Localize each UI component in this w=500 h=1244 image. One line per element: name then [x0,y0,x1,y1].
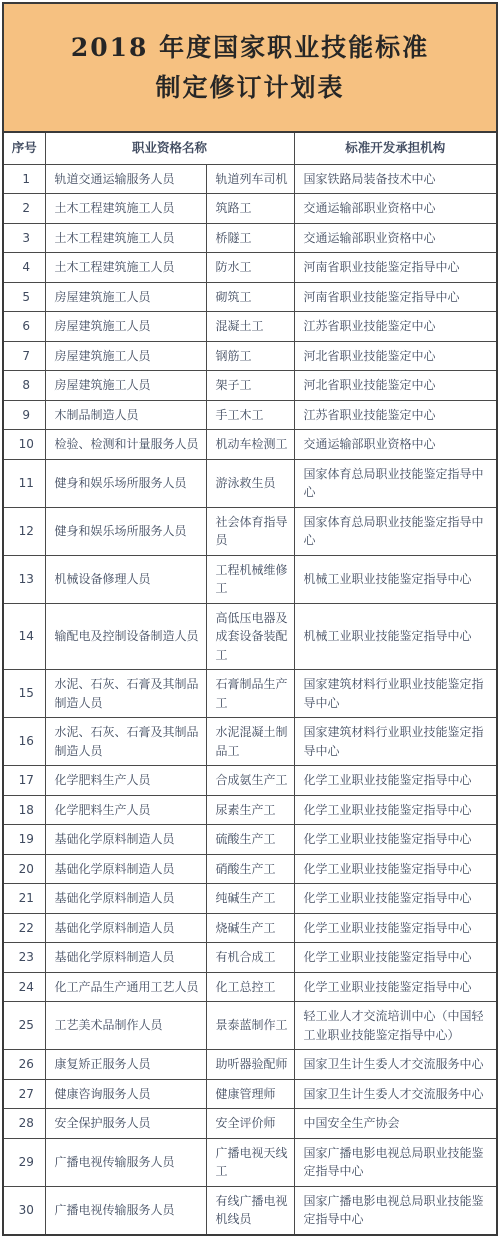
cell-row-number: 6 [3,312,45,342]
cell-occupation-name: 轨道列车司机 [206,164,294,194]
cell-standard-agency: 国家铁路局装备技术中心 [294,164,497,194]
cell-qualification-category: 基础化学原料制造人员 [45,943,206,973]
cell-row-number: 22 [3,913,45,943]
cell-qualification-category: 工艺美术品制作人员 [45,1002,206,1050]
cell-row-number: 3 [3,223,45,253]
table-row: 2土木工程建筑施工人员筑路工交通运输部职业资格中心 [3,194,497,224]
cell-qualification-category: 广播电视传输服务人员 [45,1186,206,1235]
cell-occupation-name: 高低压电器及成套设备装配工 [206,603,294,670]
cell-occupation-name: 景泰蓝制作工 [206,1002,294,1050]
cell-occupation-name: 化工总控工 [206,972,294,1002]
cell-occupation-name: 助听器验配师 [206,1050,294,1080]
cell-standard-agency: 化学工业职业技能鉴定指导中心 [294,972,497,1002]
cell-standard-agency: 河北省职业技能鉴定中心 [294,371,497,401]
cell-row-number: 30 [3,1186,45,1235]
cell-row-number: 11 [3,459,45,507]
cell-qualification-category: 基础化学原料制造人员 [45,913,206,943]
cell-qualification-category: 输配电及控制设备制造人员 [45,603,206,670]
column-header-no: 序号 [3,132,45,164]
table-row: 11健身和娱乐场所服务人员游泳救生员国家体育总局职业技能鉴定指导中心 [3,459,497,507]
cell-standard-agency: 国家建筑材料行业职业技能鉴定指导中心 [294,670,497,718]
cell-occupation-name: 安全评价师 [206,1109,294,1139]
cell-occupation-name: 水泥混凝土制品工 [206,718,294,766]
cell-occupation-name: 架子工 [206,371,294,401]
cell-qualification-category: 化工产品生产通用工艺人员 [45,972,206,1002]
table-header-row: 序号 职业资格名称 标准开发承担机构 [3,132,497,164]
cell-qualification-category: 化学肥料生产人员 [45,766,206,796]
table-row: 21基础化学原料制造人员纯碱生产工化学工业职业技能鉴定指导中心 [3,884,497,914]
cell-standard-agency: 化学工业职业技能鉴定指导中心 [294,854,497,884]
table-row: 30广播电视传输服务人员有线广播电视机线员国家广播电影电视总局职业技能鉴定指导中… [3,1186,497,1235]
cell-row-number: 25 [3,1002,45,1050]
plan-table: 序号 职业资格名称 标准开发承担机构 1轨道交通运输服务人员轨道列车司机国家铁路… [2,131,498,1236]
cell-qualification-category: 房屋建筑施工人员 [45,341,206,371]
cell-row-number: 28 [3,1109,45,1139]
cell-qualification-category: 房屋建筑施工人员 [45,312,206,342]
cell-qualification-category: 机械设备修理人员 [45,555,206,603]
cell-standard-agency: 国家体育总局职业技能鉴定指导中心 [294,459,497,507]
cell-qualification-category: 土木工程建筑施工人员 [45,253,206,283]
cell-occupation-name: 钢筋工 [206,341,294,371]
cell-occupation-name: 防水工 [206,253,294,283]
cell-row-number: 12 [3,507,45,555]
table-row: 23基础化学原料制造人员有机合成工化学工业职业技能鉴定指导中心 [3,943,497,973]
cell-row-number: 16 [3,718,45,766]
cell-standard-agency: 轻工业人才交流培训中心（中国轻工业职业技能鉴定指导中心） [294,1002,497,1050]
table-row: 14输配电及控制设备制造人员高低压电器及成套设备装配工机械工业职业技能鉴定指导中… [3,603,497,670]
cell-row-number: 13 [3,555,45,603]
column-header-agency: 标准开发承担机构 [294,132,497,164]
cell-row-number: 14 [3,603,45,670]
cell-qualification-category: 土木工程建筑施工人员 [45,223,206,253]
cell-row-number: 2 [3,194,45,224]
cell-qualification-category: 基础化学原料制造人员 [45,884,206,914]
table-row: 24化工产品生产通用工艺人员化工总控工化学工业职业技能鉴定指导中心 [3,972,497,1002]
table-row: 9木制品制造人员手工木工江苏省职业技能鉴定中心 [3,400,497,430]
cell-occupation-name: 社会体育指导员 [206,507,294,555]
cell-occupation-name: 游泳救生员 [206,459,294,507]
cell-row-number: 4 [3,253,45,283]
table-body: 1轨道交通运输服务人员轨道列车司机国家铁路局装备技术中心2土木工程建筑施工人员筑… [3,164,497,1235]
cell-occupation-name: 硫酸生产工 [206,825,294,855]
cell-standard-agency: 机械工业职业技能鉴定指导中心 [294,555,497,603]
cell-standard-agency: 国家体育总局职业技能鉴定指导中心 [294,507,497,555]
table-row: 3土木工程建筑施工人员桥隧工交通运输部职业资格中心 [3,223,497,253]
cell-standard-agency: 江苏省职业技能鉴定中心 [294,312,497,342]
cell-standard-agency: 化学工业职业技能鉴定指导中心 [294,913,497,943]
title-banner: 2018 年度国家职业技能标准 制定修订计划表 [2,2,498,131]
table-row: 4土木工程建筑施工人员防水工河南省职业技能鉴定指导中心 [3,253,497,283]
cell-standard-agency: 河北省职业技能鉴定中心 [294,341,497,371]
cell-row-number: 23 [3,943,45,973]
table-row: 8房屋建筑施工人员架子工河北省职业技能鉴定中心 [3,371,497,401]
table-row: 19基础化学原料制造人员硫酸生产工化学工业职业技能鉴定指导中心 [3,825,497,855]
table-row: 22基础化学原料制造人员烧碱生产工化学工业职业技能鉴定指导中心 [3,913,497,943]
cell-standard-agency: 河南省职业技能鉴定指导中心 [294,253,497,283]
table-row: 28安全保护服务人员安全评价师中国安全生产协会 [3,1109,497,1139]
table-row: 7房屋建筑施工人员钢筋工河北省职业技能鉴定中心 [3,341,497,371]
table-row: 20基础化学原料制造人员硝酸生产工化学工业职业技能鉴定指导中心 [3,854,497,884]
cell-occupation-name: 手工木工 [206,400,294,430]
cell-occupation-name: 健康管理师 [206,1079,294,1109]
cell-occupation-name: 筑路工 [206,194,294,224]
cell-qualification-category: 化学肥料生产人员 [45,795,206,825]
cell-row-number: 15 [3,670,45,718]
cell-occupation-name: 有机合成工 [206,943,294,973]
table-row: 1轨道交通运输服务人员轨道列车司机国家铁路局装备技术中心 [3,164,497,194]
cell-occupation-name: 广播电视天线工 [206,1138,294,1186]
cell-occupation-name: 烧碱生产工 [206,913,294,943]
cell-standard-agency: 国家建筑材料行业职业技能鉴定指导中心 [294,718,497,766]
cell-occupation-name: 机动车检测工 [206,430,294,460]
table-row: 12健身和娱乐场所服务人员社会体育指导员国家体育总局职业技能鉴定指导中心 [3,507,497,555]
table-row: 25工艺美术品制作人员景泰蓝制作工轻工业人才交流培训中心（中国轻工业职业技能鉴定… [3,1002,497,1050]
cell-row-number: 27 [3,1079,45,1109]
cell-standard-agency: 化学工业职业技能鉴定指导中心 [294,884,497,914]
cell-occupation-name: 有线广播电视机线员 [206,1186,294,1235]
cell-standard-agency: 化学工业职业技能鉴定指导中心 [294,766,497,796]
page-title-line2: 制定修订计划表 [155,68,344,108]
cell-row-number: 19 [3,825,45,855]
cell-qualification-category: 水泥、石灰、石膏及其制品制造人员 [45,718,206,766]
cell-occupation-name: 混凝土工 [206,312,294,342]
table-row: 18化学肥料生产人员尿素生产工化学工业职业技能鉴定指导中心 [3,795,497,825]
table-row: 13机械设备修理人员工程机械维修工机械工业职业技能鉴定指导中心 [3,555,497,603]
cell-standard-agency: 交通运输部职业资格中心 [294,194,497,224]
cell-row-number: 8 [3,371,45,401]
cell-qualification-category: 房屋建筑施工人员 [45,371,206,401]
cell-occupation-name: 纯碱生产工 [206,884,294,914]
cell-standard-agency: 江苏省职业技能鉴定中心 [294,400,497,430]
cell-standard-agency: 交通运输部职业资格中心 [294,430,497,460]
cell-row-number: 24 [3,972,45,1002]
cell-standard-agency: 中国安全生产协会 [294,1109,497,1139]
cell-standard-agency: 国家卫生计生委人才交流服务中心 [294,1079,497,1109]
cell-qualification-category: 广播电视传输服务人员 [45,1138,206,1186]
table-row: 6房屋建筑施工人员混凝土工江苏省职业技能鉴定中心 [3,312,497,342]
cell-standard-agency: 河南省职业技能鉴定指导中心 [294,282,497,312]
cell-qualification-category: 健身和娱乐场所服务人员 [45,459,206,507]
cell-qualification-category: 房屋建筑施工人员 [45,282,206,312]
cell-occupation-name: 砌筑工 [206,282,294,312]
cell-qualification-category: 康复矫正服务人员 [45,1050,206,1080]
cell-row-number: 1 [3,164,45,194]
cell-row-number: 7 [3,341,45,371]
cell-standard-agency: 化学工业职业技能鉴定指导中心 [294,943,497,973]
cell-qualification-category: 木制品制造人员 [45,400,206,430]
cell-row-number: 21 [3,884,45,914]
cell-qualification-category: 安全保护服务人员 [45,1109,206,1139]
cell-qualification-category: 轨道交通运输服务人员 [45,164,206,194]
cell-qualification-category: 水泥、石灰、石膏及其制品制造人员 [45,670,206,718]
table-row: 17化学肥料生产人员合成氨生产工化学工业职业技能鉴定指导中心 [3,766,497,796]
cell-qualification-category: 基础化学原料制造人员 [45,854,206,884]
cell-qualification-category: 基础化学原料制造人员 [45,825,206,855]
cell-occupation-name: 尿素生产工 [206,795,294,825]
cell-standard-agency: 化学工业职业技能鉴定指导中心 [294,795,497,825]
cell-standard-agency: 国家卫生计生委人才交流服务中心 [294,1050,497,1080]
table-row: 16水泥、石灰、石膏及其制品制造人员水泥混凝土制品工国家建筑材料行业职业技能鉴定… [3,718,497,766]
cell-qualification-category: 健身和娱乐场所服务人员 [45,507,206,555]
cell-occupation-name: 工程机械维修工 [206,555,294,603]
cell-qualification-category: 健康咨询服务人员 [45,1079,206,1109]
cell-row-number: 26 [3,1050,45,1080]
cell-row-number: 9 [3,400,45,430]
table-row: 5房屋建筑施工人员砌筑工河南省职业技能鉴定指导中心 [3,282,497,312]
cell-row-number: 10 [3,430,45,460]
table-row: 27健康咨询服务人员健康管理师国家卫生计生委人才交流服务中心 [3,1079,497,1109]
column-header-qualification-name: 职业资格名称 [45,132,294,164]
cell-row-number: 17 [3,766,45,796]
table-row: 10检验、检测和计量服务人员机动车检测工交通运输部职业资格中心 [3,430,497,460]
plan-document-page: 2018 年度国家职业技能标准 制定修订计划表 序号 职业资格名称 标准开发承担… [0,0,500,1244]
cell-standard-agency: 国家广播电影电视总局职业技能鉴定指导中心 [294,1138,497,1186]
cell-row-number: 18 [3,795,45,825]
table-row: 29广播电视传输服务人员广播电视天线工国家广播电影电视总局职业技能鉴定指导中心 [3,1138,497,1186]
cell-occupation-name: 桥隧工 [206,223,294,253]
cell-standard-agency: 化学工业职业技能鉴定指导中心 [294,825,497,855]
cell-row-number: 29 [3,1138,45,1186]
page-title-line1: 2018 年度国家职业技能标准 [71,28,429,68]
cell-qualification-category: 检验、检测和计量服务人员 [45,430,206,460]
cell-row-number: 20 [3,854,45,884]
cell-row-number: 5 [3,282,45,312]
cell-standard-agency: 机械工业职业技能鉴定指导中心 [294,603,497,670]
cell-qualification-category: 土木工程建筑施工人员 [45,194,206,224]
cell-occupation-name: 石膏制品生产工 [206,670,294,718]
table-row: 26康复矫正服务人员助听器验配师国家卫生计生委人才交流服务中心 [3,1050,497,1080]
cell-occupation-name: 合成氨生产工 [206,766,294,796]
cell-standard-agency: 国家广播电影电视总局职业技能鉴定指导中心 [294,1186,497,1235]
table-row: 15水泥、石灰、石膏及其制品制造人员石膏制品生产工国家建筑材料行业职业技能鉴定指… [3,670,497,718]
cell-standard-agency: 交通运输部职业资格中心 [294,223,497,253]
cell-occupation-name: 硝酸生产工 [206,854,294,884]
